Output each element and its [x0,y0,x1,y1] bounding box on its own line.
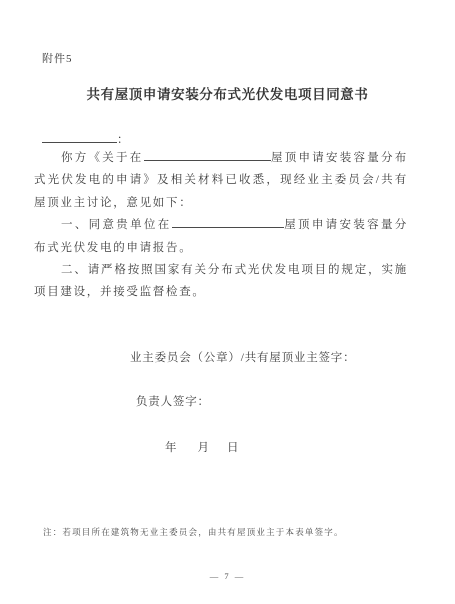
document-title: 共有屋顶申请安装分布式光伏发电项目同意书 [0,83,455,103]
signature-committee-label: 业主委员会（公章）/共有屋顶业主签字： [130,349,355,365]
date-month-label: 月 [198,442,210,454]
date-day-label: 日 [227,442,239,454]
date-year-label: 年 [165,442,177,454]
paragraph-2-text-before: 一、同意贵单位在 [61,219,172,231]
signature-responsible-label: 负责人签字： [136,393,210,409]
salutation-colon: ： [117,134,129,146]
paragraph-1-text-before: 你方《关于在 [61,152,144,164]
paragraph-2: 一、同意贵单位在屋顶申请安装容量分布式光伏发电的申请报告。 [34,214,408,259]
blank-roof-location-2 [172,215,284,228]
salutation-line: ： [42,130,129,147]
body-text: 你方《关于在屋顶申请安装容量分布式光伏发电的申请》及相关材料已收悉，现经业主委员… [34,147,408,304]
paragraph-3: 二、请严格按照国家有关分布式光伏发电项目的规定，实施项目建设，并接受监督检查。 [34,259,408,304]
page-number: — 7 — [0,571,455,581]
blank-roof-location-1 [144,148,271,161]
document-page: 附件5 共有屋顶申请安装分布式光伏发电项目同意书 ： 你方《关于在屋顶申请安装容… [0,0,455,604]
footnote: 注：若项目所在建筑物无业主委员会，由共有屋顶业主于本表单签字。 [43,526,344,538]
date-line: 年月日 [165,439,239,455]
blank-addressee [42,130,117,143]
paragraph-1: 你方《关于在屋顶申请安装容量分布式光伏发电的申请》及相关材料已收悉，现经业主委员… [34,147,408,214]
attachment-label: 附件5 [42,50,73,66]
